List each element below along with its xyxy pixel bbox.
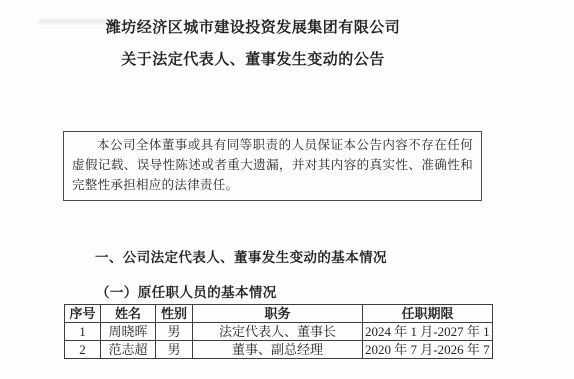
table-header-row: 序号 姓名 性别 职务 任职期限 (65, 305, 493, 323)
cell-seq: 1 (65, 323, 101, 341)
table-header-term: 任职期限 (363, 305, 493, 323)
document-title-company: 潍坊经济区城市建设投资发展集团有限公司 (0, 16, 506, 37)
section-heading-change-overview: 一、公司法定代表人、董事发生变动的基本情况 (95, 246, 387, 266)
cell-position: 法定代表人、董事长 (193, 323, 363, 341)
table-row: 2 范志超 男 董事、副总经理 2020 年 7 月-2026 年 7 月 (65, 341, 493, 359)
cell-gender: 男 (156, 323, 193, 341)
cell-seq: 2 (65, 341, 101, 359)
subsection-heading-former-personnel: （一）原任职人员的基本情况 (96, 281, 277, 301)
cell-gender: 男 (156, 341, 193, 359)
cell-position: 董事、副总经理 (193, 341, 363, 359)
disclaimer-box: 本公司全体董事或具有同等职责的人员保证本公告内容不存在任何虚假记载、误导性陈述或… (63, 131, 482, 201)
table-header-position: 职务 (193, 305, 363, 323)
document-title-subject: 关于法定代表人、董事发生变动的公告 (0, 48, 506, 69)
cell-term: 2020 年 7 月-2026 年 7 月 (363, 341, 493, 359)
table-row: 1 周晓晖 男 法定代表人、董事长 2024 年 1 月-2027 年 1 月 (65, 323, 493, 341)
cell-term: 2024 年 1 月-2027 年 1 月 (363, 323, 493, 341)
disclaimer-text: 本公司全体董事或具有同等职责的人员保证本公告内容不存在任何虚假记载、误导性陈述或… (72, 135, 473, 195)
table-header-name: 姓名 (101, 305, 156, 323)
cell-name: 范志超 (101, 341, 156, 359)
document-page: 潍坊经济区城市建设投资发展集团有限公司 关于法定代表人、董事发生变动的公告 本公… (0, 0, 574, 379)
former-personnel-table: 序号 姓名 性别 职务 任职期限 1 周晓晖 男 法定代表人、董事长 2024 … (64, 304, 493, 359)
table-header-seq: 序号 (65, 305, 101, 323)
table-header-gender: 性别 (156, 305, 193, 323)
cell-name: 周晓晖 (101, 323, 156, 341)
